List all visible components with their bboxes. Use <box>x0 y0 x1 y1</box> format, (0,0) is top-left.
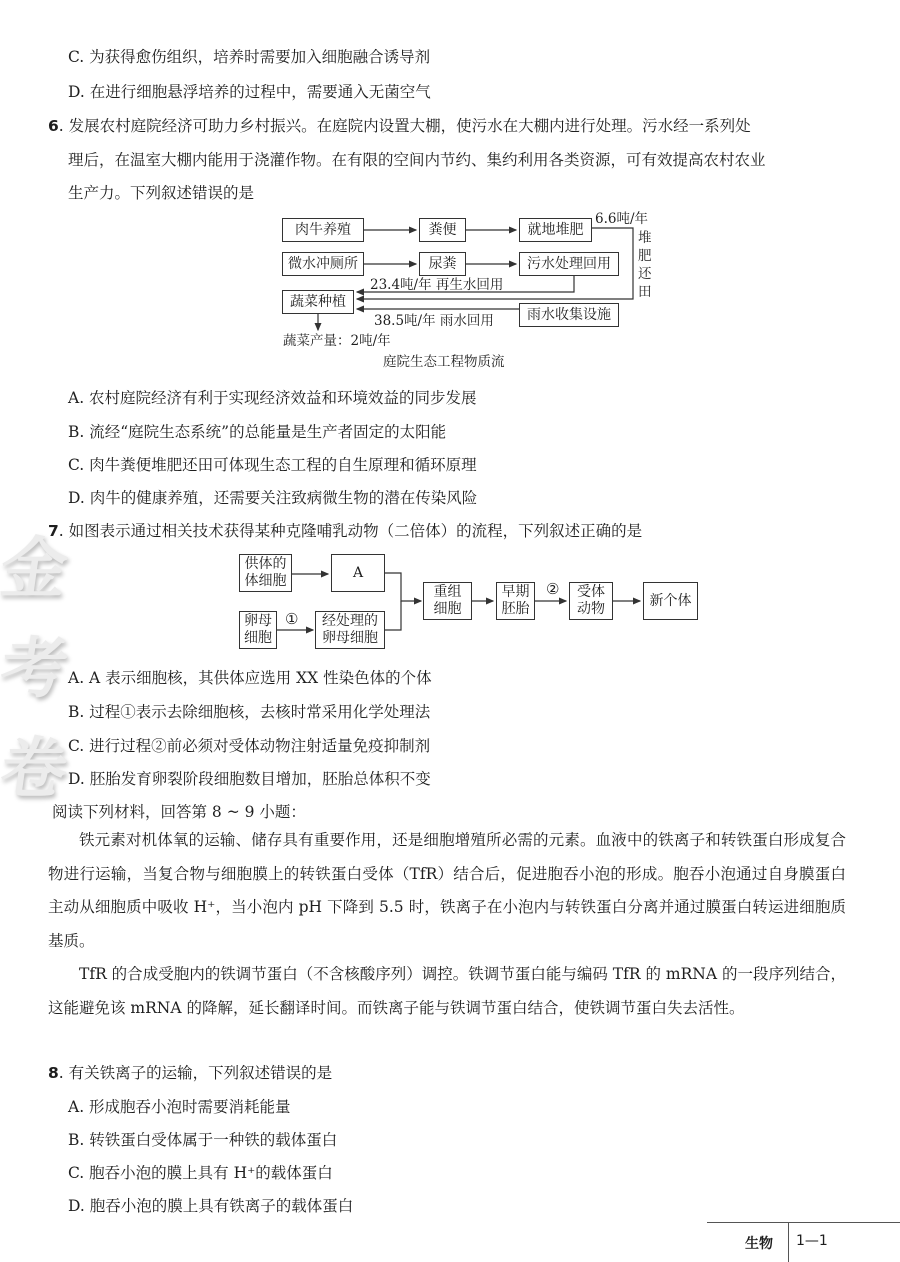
box-donor-somatic-cell: 供体的体细胞 <box>239 554 292 592</box>
q8-option-b: B. 转铁蛋白受体属于一种铁的载体蛋白 <box>68 1130 337 1150</box>
box-treated-oocyte: 经处理的卵母细胞 <box>315 611 385 649</box>
q7-option-b: B. 过程①表示去除细胞核，去核时常采用化学处理法 <box>68 702 430 722</box>
reading-intro: 阅读下列材料，回答第 8 ~ 9 小题： <box>52 802 306 822</box>
q8-option-c: C. 胞吞小泡的膜上具有 H⁺的载体蛋白 <box>68 1163 333 1183</box>
box-oocyte: 卵母细胞 <box>239 611 277 649</box>
q8-stem: 8. 有关铁离子的运输，下列叙述错误的是 <box>48 1063 332 1083</box>
footer-subject: 生物 <box>745 1233 773 1253</box>
q8-option-d: D. 胞吞小泡的膜上具有铁离子的载体蛋白 <box>68 1196 353 1216</box>
box-new-individual: 新个体 <box>643 582 698 620</box>
box-recipient-animal: 受体动物 <box>569 582 613 620</box>
footer-divider <box>788 1222 789 1262</box>
box-reconstructed-cell: 重组细胞 <box>423 582 472 620</box>
q8-number: 8 <box>48 1064 59 1082</box>
label-step-2: ② <box>546 581 559 597</box>
q7-option-c: C. 进行过程②前必须对受体动物注射适量免疫抑制剂 <box>68 736 430 756</box>
box-a: A <box>331 554 385 592</box>
q7-option-a: A. A 表示细胞核，其供体应选用 XX 性染色体的个体 <box>68 668 432 688</box>
box-early-embryo: 早期胚胎 <box>496 582 535 620</box>
footer-rule <box>707 1222 900 1223</box>
reading-paragraph-1: 铁元素对机体氧的运输、储存具有重要作用，还是细胞增殖所必需的元素。血液中的铁离子… <box>48 824 846 958</box>
q8-option-a: A. 形成胞吞小泡时需要消耗能量 <box>68 1097 291 1117</box>
reading-paragraph-2: TfR 的合成受胞内的铁调节蛋白（不含核酸序列）调控。铁调节蛋白能与编码 TfR… <box>48 958 846 1025</box>
q7-option-d: D. 胚胎发育卵裂阶段细胞数目增加，胚胎总体积不变 <box>68 769 431 789</box>
label-step-1: ① <box>285 611 298 627</box>
footer-page-number: 1—1 <box>796 1233 828 1249</box>
